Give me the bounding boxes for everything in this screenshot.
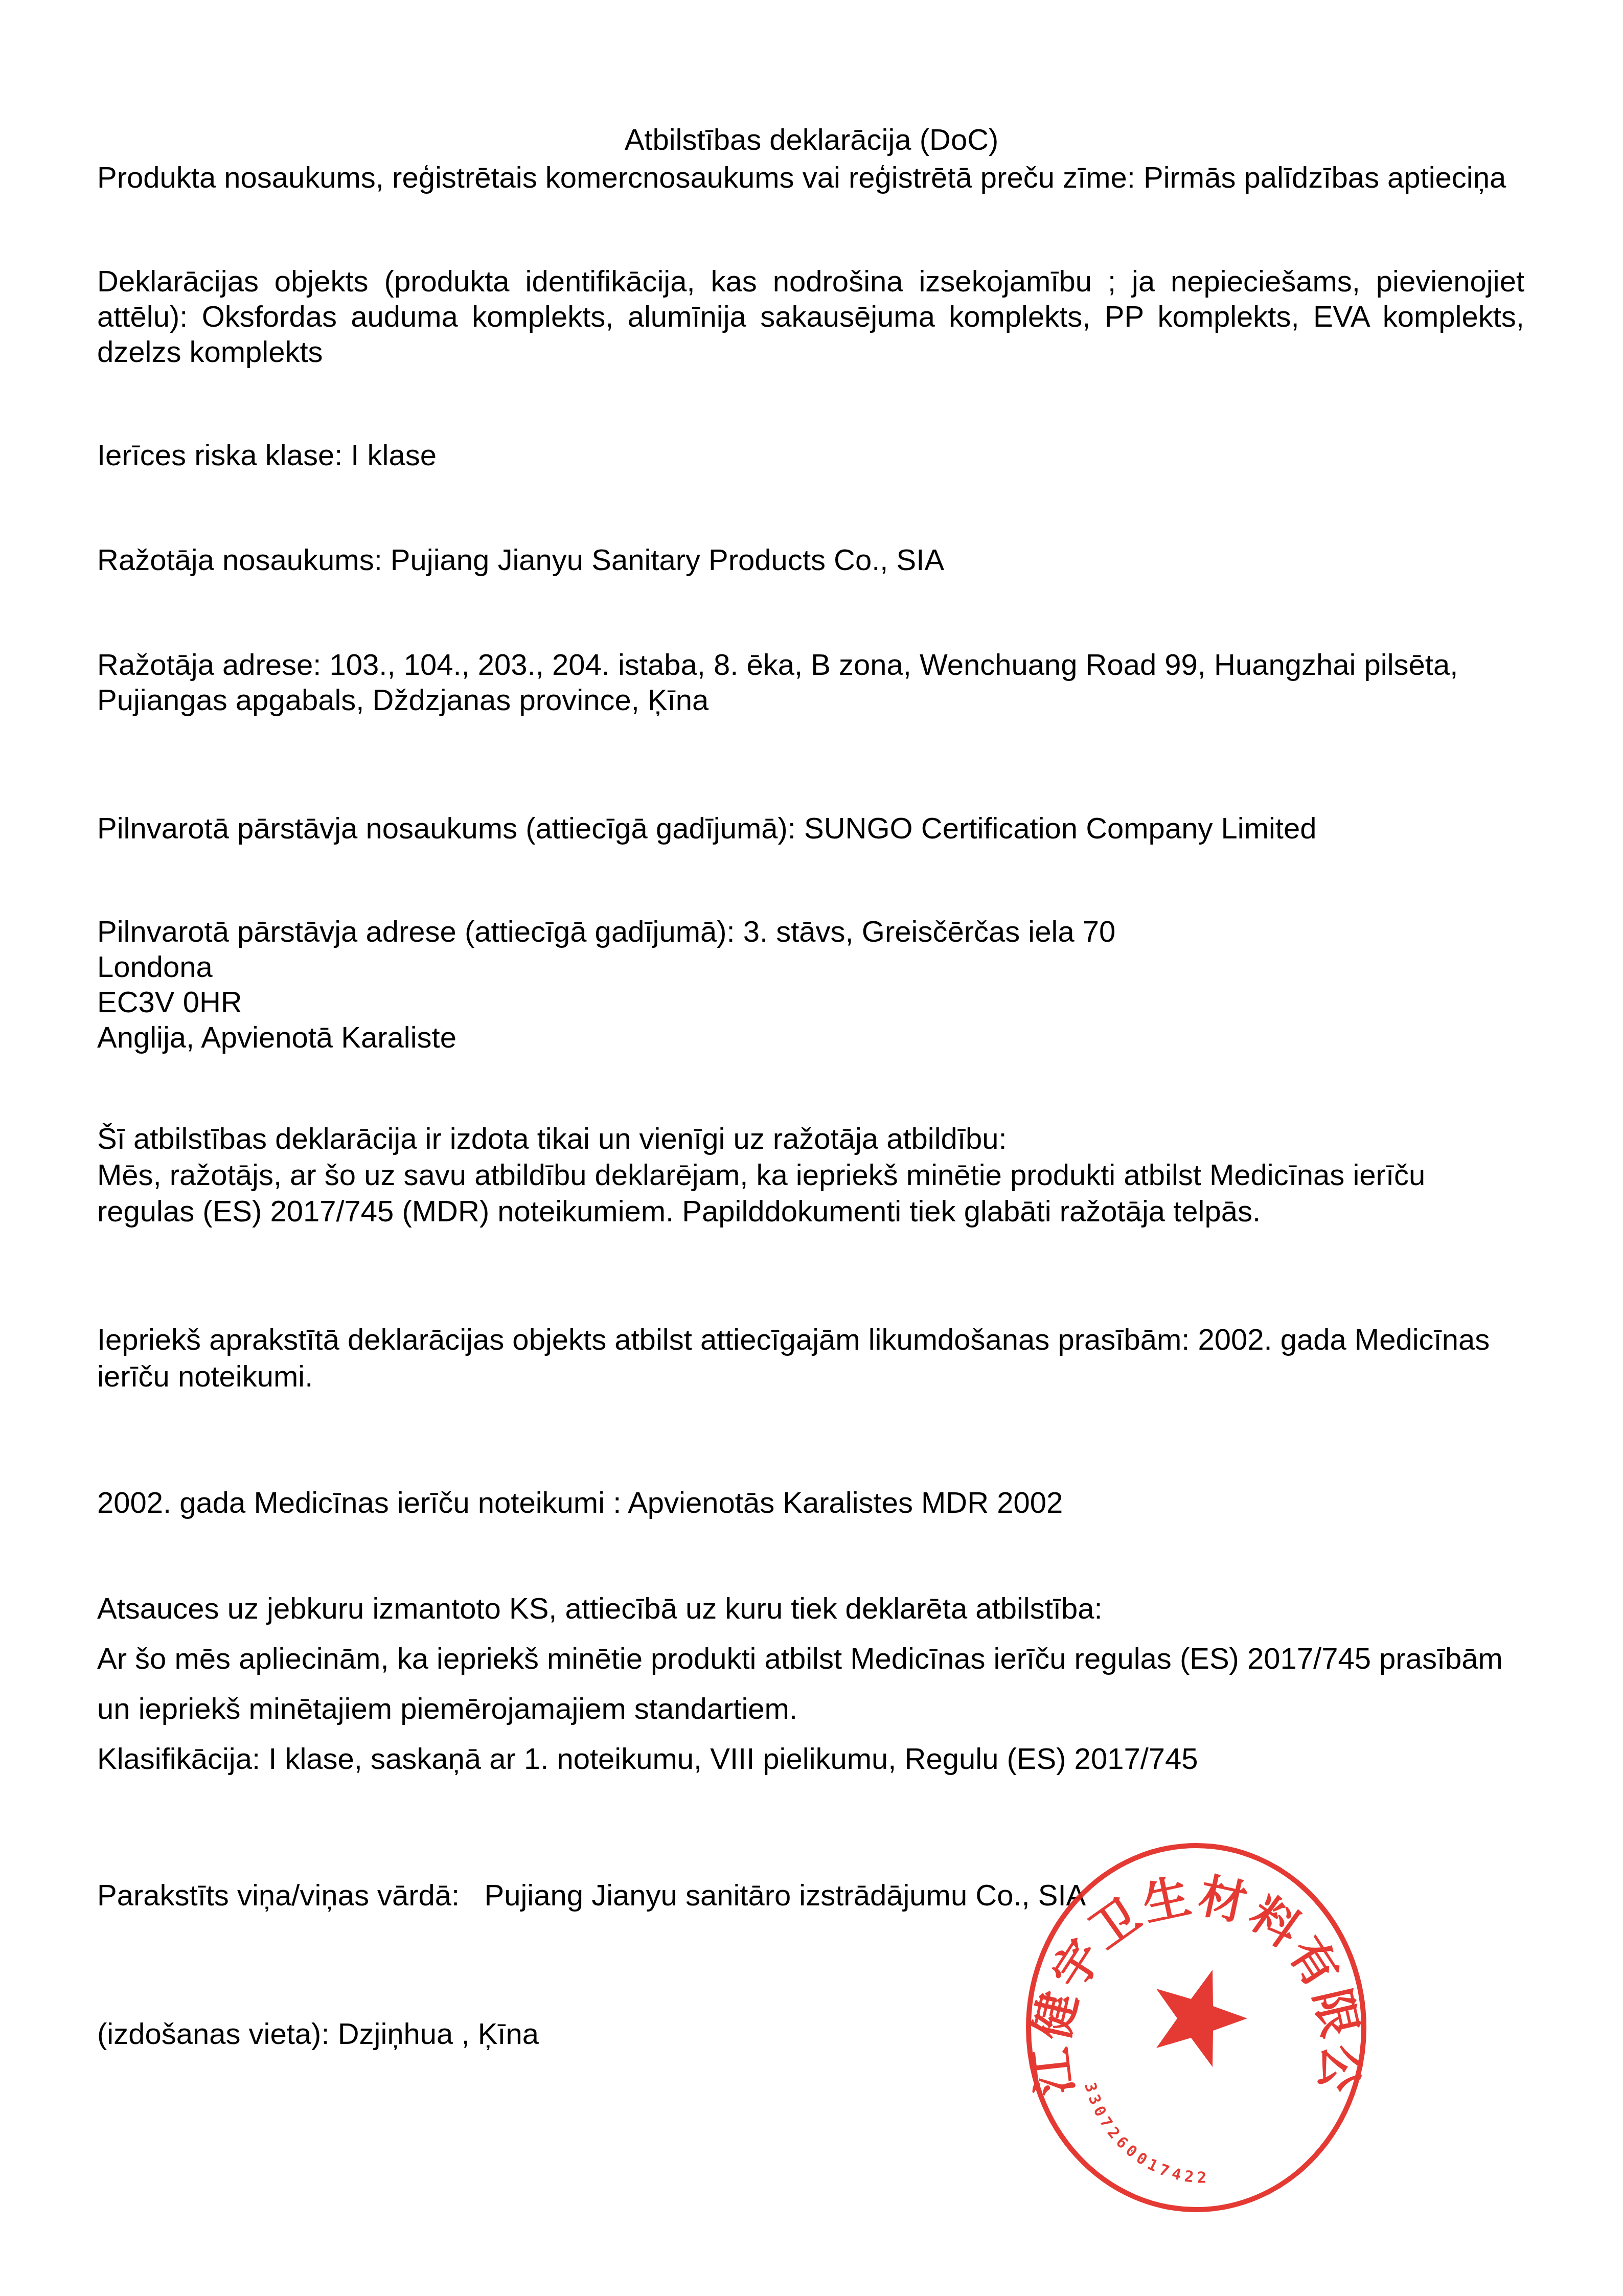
product-name-line: Produkta nosaukums, reģistrētais komercn… xyxy=(97,160,1506,196)
legislation-line-2: ierīču noteikumi. xyxy=(97,1358,1524,1395)
standards-block: Atsauces uz jebkuru izmantoto KS, attiec… xyxy=(97,1584,1524,1784)
legislation-line-1: Iepriekš aprakstītā deklarācijas objekts… xyxy=(97,1322,1524,1358)
responsibility-block: Šī atbilstības deklarācija ir izdota tik… xyxy=(97,1121,1524,1230)
company-seal-stamp: 浦江健宇卫生材料有限公司 3307260017422 xyxy=(1022,1839,1370,2216)
risk-class-line: Ierīces riska klase: I klase xyxy=(97,438,437,473)
authorized-rep-name-line: Pilnvarotā pārstāvja nosaukums (attiecīg… xyxy=(97,811,1316,847)
authorized-rep-address-line-3: EC3V 0HR xyxy=(97,985,1524,1020)
authorized-rep-address-line-2: Londona xyxy=(97,949,1524,985)
seal-registration-number: 3307260017422 xyxy=(1081,2080,1210,2187)
responsibility-line-1: Šī atbilstības deklarācija ir izdota tik… xyxy=(97,1121,1524,1157)
manufacturer-name-line: Ražotāja nosaukums: Pujiang Jianyu Sanit… xyxy=(97,542,944,578)
responsibility-line-2: Mēs, ražotājs, ar šo uz savu atbildību d… xyxy=(97,1157,1524,1193)
authorized-rep-address-block: Pilnvarotā pārstāvja adrese (attiecīgā g… xyxy=(97,914,1524,1055)
standards-line-4: Klasifikācija: I klase, saskaņā ar 1. no… xyxy=(97,1734,1524,1784)
standards-line-2: Ar šo mēs apliecinām, ka iepriekš minēti… xyxy=(97,1634,1524,1684)
manufacturer-address-line-2: Pujiangas apgabals, Dždzjanas province, … xyxy=(97,683,1524,718)
manufacturer-address-line-1: Ražotāja adrese: 103., 104., 203., 204. … xyxy=(97,647,1524,683)
standards-line-1: Atsauces uz jebkuru izmantoto KS, attiec… xyxy=(97,1584,1524,1634)
star-icon xyxy=(1156,1970,1247,2067)
signed-on-behalf-line: Parakstīts viņa/viņas vārdā: Pujiang Jia… xyxy=(97,1878,1086,1914)
uk-mdr-line: 2002. gada Medicīnas ierīču noteikumi : … xyxy=(97,1485,1063,1521)
authorized-rep-address-line-4: Anglija, Apvienotā Karaliste xyxy=(97,1020,1524,1055)
legislation-block: Iepriekš aprakstītā deklarācijas objekts… xyxy=(97,1322,1524,1395)
seal-company-name: 浦江健宇卫生材料有限公司 xyxy=(1022,1839,1369,2098)
standards-line-3: un iepriekš minētajiem piemērojamajiem s… xyxy=(97,1684,1524,1734)
responsibility-line-3: regulas (ES) 2017/745 (MDR) noteikumiem.… xyxy=(97,1193,1524,1230)
document-title: Atbilstības deklarācija (DoC) xyxy=(0,122,1623,158)
manufacturer-address-block: Ražotāja adrese: 103., 104., 203., 204. … xyxy=(97,647,1524,718)
authorized-rep-address-line-1: Pilnvarotā pārstāvja adrese (attiecīgā g… xyxy=(97,914,1524,949)
place-of-issue-line: (izdošanas vieta): Dzjiņhua , Ķīna xyxy=(97,2016,539,2052)
declaration-object-paragraph: Deklarācijas objekts (produkta identifik… xyxy=(97,264,1524,370)
